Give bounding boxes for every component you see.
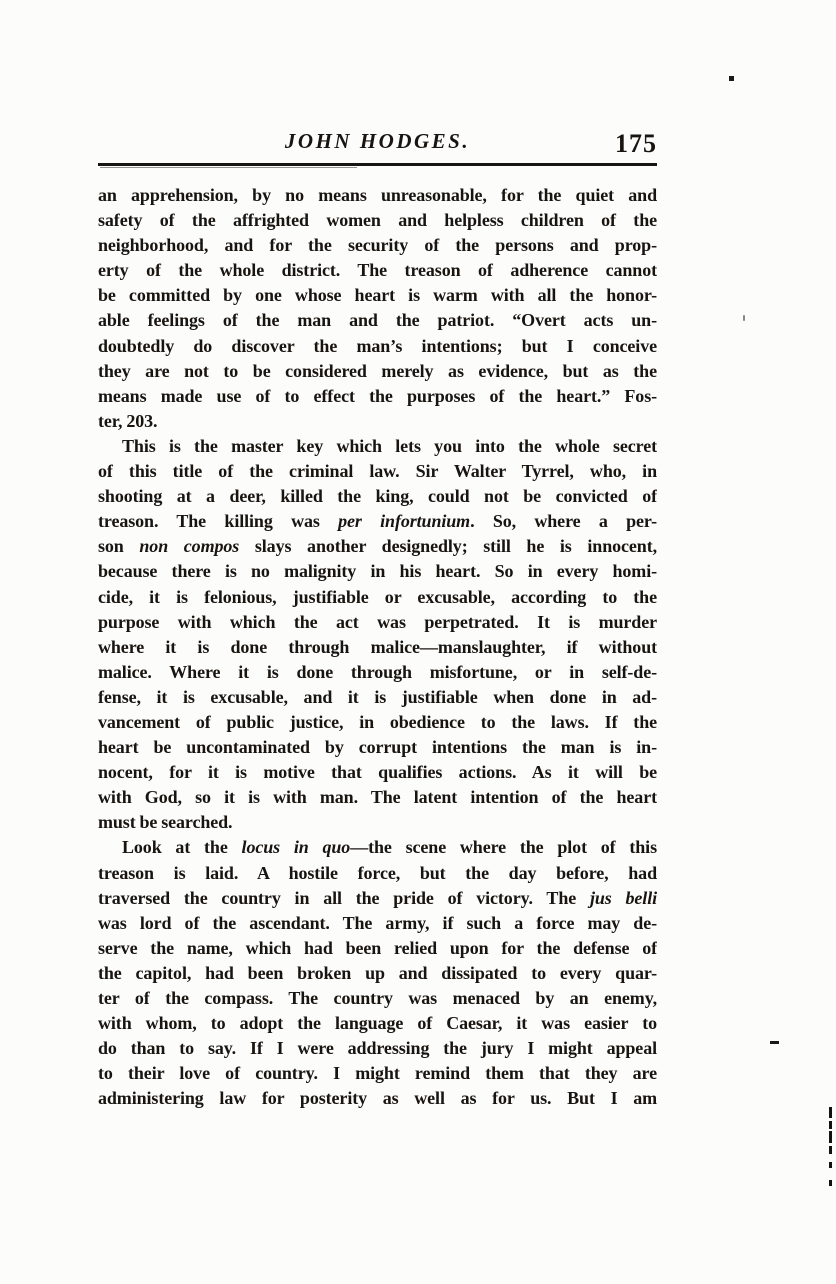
text-line: heart be uncontaminated by corrupt inten… bbox=[98, 735, 657, 760]
text-line: purpose with which the act was perpetrat… bbox=[98, 610, 657, 635]
text-line: able feelings of the man and the patriot… bbox=[98, 308, 657, 333]
text-line: treason. The killing was per infortunium… bbox=[98, 509, 657, 534]
text-line: do than to say. If I were addressing the… bbox=[98, 1036, 657, 1061]
scan-speck-top-right bbox=[729, 76, 734, 81]
text-line: ter, 203. bbox=[98, 409, 657, 434]
scan-dotted-line-segment bbox=[829, 1180, 832, 1186]
scan-dotted-line-segment bbox=[829, 1146, 832, 1154]
text-line: administering law for posterity as well … bbox=[98, 1086, 657, 1111]
scan-dotted-line-segment bbox=[829, 1131, 832, 1143]
text-line: they are not to be considered merely as … bbox=[98, 359, 657, 384]
text-line: because there is no malignity in his hea… bbox=[98, 559, 657, 584]
text-line: doubtedly do discover the man’s intentio… bbox=[98, 334, 657, 359]
text-line: of this title of the criminal law. Sir W… bbox=[98, 459, 657, 484]
page-number: 175 bbox=[615, 130, 657, 158]
paragraph: an apprehension, by no means unreasonabl… bbox=[98, 183, 657, 434]
scan-dash-right-margin bbox=[770, 1041, 779, 1044]
text-line: where it is done through malice—manslaug… bbox=[98, 635, 657, 660]
text-line: ter of the compass. The country was mena… bbox=[98, 986, 657, 1011]
page-body: an apprehension, by no means unreasonabl… bbox=[98, 183, 657, 1111]
header-rule bbox=[98, 163, 657, 166]
text-line: vancement of public justice, in obedienc… bbox=[98, 710, 657, 735]
text-line: the capitol, had been broken up and diss… bbox=[98, 961, 657, 986]
text-line: This is the master key which lets you in… bbox=[98, 434, 657, 459]
text-line: safety of the affrighted women and helpl… bbox=[98, 208, 657, 233]
text-line: son non compos slays another designedly;… bbox=[98, 534, 657, 559]
scan-dotted-line-segment bbox=[829, 1121, 832, 1129]
text-line: be committed by one whose heart is warm … bbox=[98, 283, 657, 308]
text-line: means made use of to effect the purposes… bbox=[98, 384, 657, 409]
text-line: traversed the country in all the pride o… bbox=[98, 886, 657, 911]
text-line: serve the name, which had been relied up… bbox=[98, 936, 657, 961]
scan-dotted-line-segment bbox=[829, 1107, 832, 1118]
text-line: with God, so it is with man. The latent … bbox=[98, 785, 657, 810]
text-line: neighborhood, and for the security of th… bbox=[98, 233, 657, 258]
scan-dotted-line-segment bbox=[829, 1162, 832, 1168]
scan-speck-right-margin bbox=[743, 315, 745, 321]
text-line: must be searched. bbox=[98, 810, 657, 835]
text-line: treason is laid. A hostile force, but th… bbox=[98, 861, 657, 886]
text-line: to their love of country. I might remind… bbox=[98, 1061, 657, 1086]
text-line: malice. Where it is done through misfort… bbox=[98, 660, 657, 685]
text-line: an apprehension, by no means unreasonabl… bbox=[98, 183, 657, 208]
text-line: was lord of the ascendant. The army, if … bbox=[98, 911, 657, 936]
text-line: fense, it is excusable, and it is justif… bbox=[98, 685, 657, 710]
text-line: shooting at a deer, killed the king, cou… bbox=[98, 484, 657, 509]
text-line: nocent, for it is motive that qualifies … bbox=[98, 760, 657, 785]
running-header-title: JOHN HODGES. bbox=[98, 129, 657, 153]
text-line: cide, it is felonious, justifiable or ex… bbox=[98, 585, 657, 610]
paragraph: This is the master key which lets you in… bbox=[98, 434, 657, 836]
text-line: Look at the locus in quo—the scene where… bbox=[98, 835, 657, 860]
paragraph: Look at the locus in quo—the scene where… bbox=[98, 835, 657, 1111]
text-line: with whom, to adopt the language of Caes… bbox=[98, 1011, 657, 1036]
text-line: erty of the whole district. The treason … bbox=[98, 258, 657, 283]
scanned-book-page: JOHN HODGES. 175 an apprehension, by no … bbox=[0, 0, 836, 1284]
